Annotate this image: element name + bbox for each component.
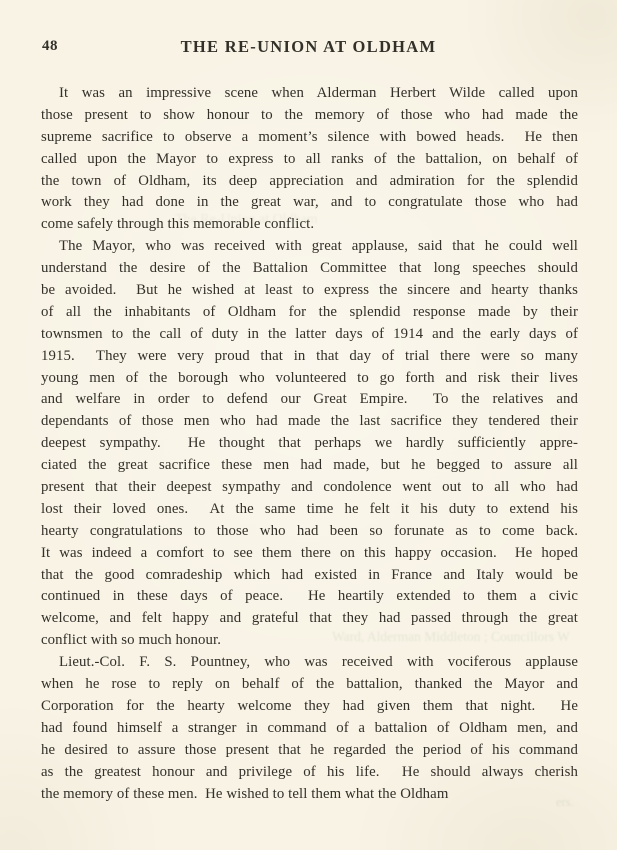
text-line: young men of the borough who volunteered… <box>41 368 578 390</box>
text-line: he desired to assure those present that … <box>41 740 578 762</box>
text-line: the memory of these men. He wished to te… <box>41 784 578 806</box>
text-line: present that their deepest sympathy and … <box>41 477 578 499</box>
text-line: the town of Oldham, its deep appreciatio… <box>41 171 578 193</box>
text-line: and welfare in order to defend our Great… <box>41 389 578 411</box>
text-line: as the greatest honour and privilege of … <box>41 762 578 784</box>
text-line: those present to show honour to the memo… <box>41 105 578 127</box>
page-number: 48 <box>42 38 58 55</box>
text-line: Lieut.-Col. F. S. Pountney, who was rece… <box>41 652 578 674</box>
text-line: It was indeed a comfort to see them ther… <box>41 543 578 565</box>
text-line: Corporation for the hearty welcome they … <box>41 696 578 718</box>
text-line: continued in these days of peace. He hea… <box>41 586 578 608</box>
text-line: The Mayor, who was received with great a… <box>41 236 578 258</box>
text-line: townsmen to the call of duty in the latt… <box>41 324 578 346</box>
text-line: It was an impressive scene when Alderman… <box>41 83 578 105</box>
paragraph: The Mayor, who was received with great a… <box>41 236 578 652</box>
paragraph: It was an impressive scene when Alderman… <box>41 83 578 236</box>
text-line: come safely through this memorable confl… <box>41 214 578 236</box>
text-line: welcome, and felt happy and grateful tha… <box>41 608 578 630</box>
text-line: that the good comradeship which had exis… <box>41 565 578 587</box>
text-line: ciated the great sacrifice these men had… <box>41 455 578 477</box>
text-line: deepest sympathy. He thought that perhap… <box>41 433 578 455</box>
text-line: lost their loved ones. At the same time … <box>41 499 578 521</box>
paragraph: Lieut.-Col. F. S. Pountney, who was rece… <box>41 652 578 805</box>
page-body: It was an impressive scene when Alderman… <box>41 83 578 805</box>
text-line: 1915. They were very proud that in that … <box>41 346 578 368</box>
text-line: work they had done in the great war, and… <box>41 192 578 214</box>
text-line: understand the desire of the Battalion C… <box>41 258 578 280</box>
text-line: be avoided. But he wished at least to ex… <box>41 280 578 302</box>
text-line: called upon the Mayor to express to all … <box>41 149 578 171</box>
book-page: 48 THE RE-UNION AT OLDHAM It was an impr… <box>0 0 617 850</box>
text-line: hearty congratulations to those who had … <box>41 521 578 543</box>
text-line: dependants of those men who had made the… <box>41 411 578 433</box>
text-line: conflict with so much honour. <box>41 630 578 652</box>
running-title: THE RE-UNION AT OLDHAM <box>0 0 617 57</box>
text-line: had found himself a stranger in command … <box>41 718 578 740</box>
page-header: 48 THE RE-UNION AT OLDHAM <box>0 0 617 60</box>
text-line: when he rose to reply on behalf of the b… <box>41 674 578 696</box>
text-line: of all the inhabitants of Oldham for the… <box>41 302 578 324</box>
text-line: supreme sacrifice to observe a moment’s … <box>41 127 578 149</box>
